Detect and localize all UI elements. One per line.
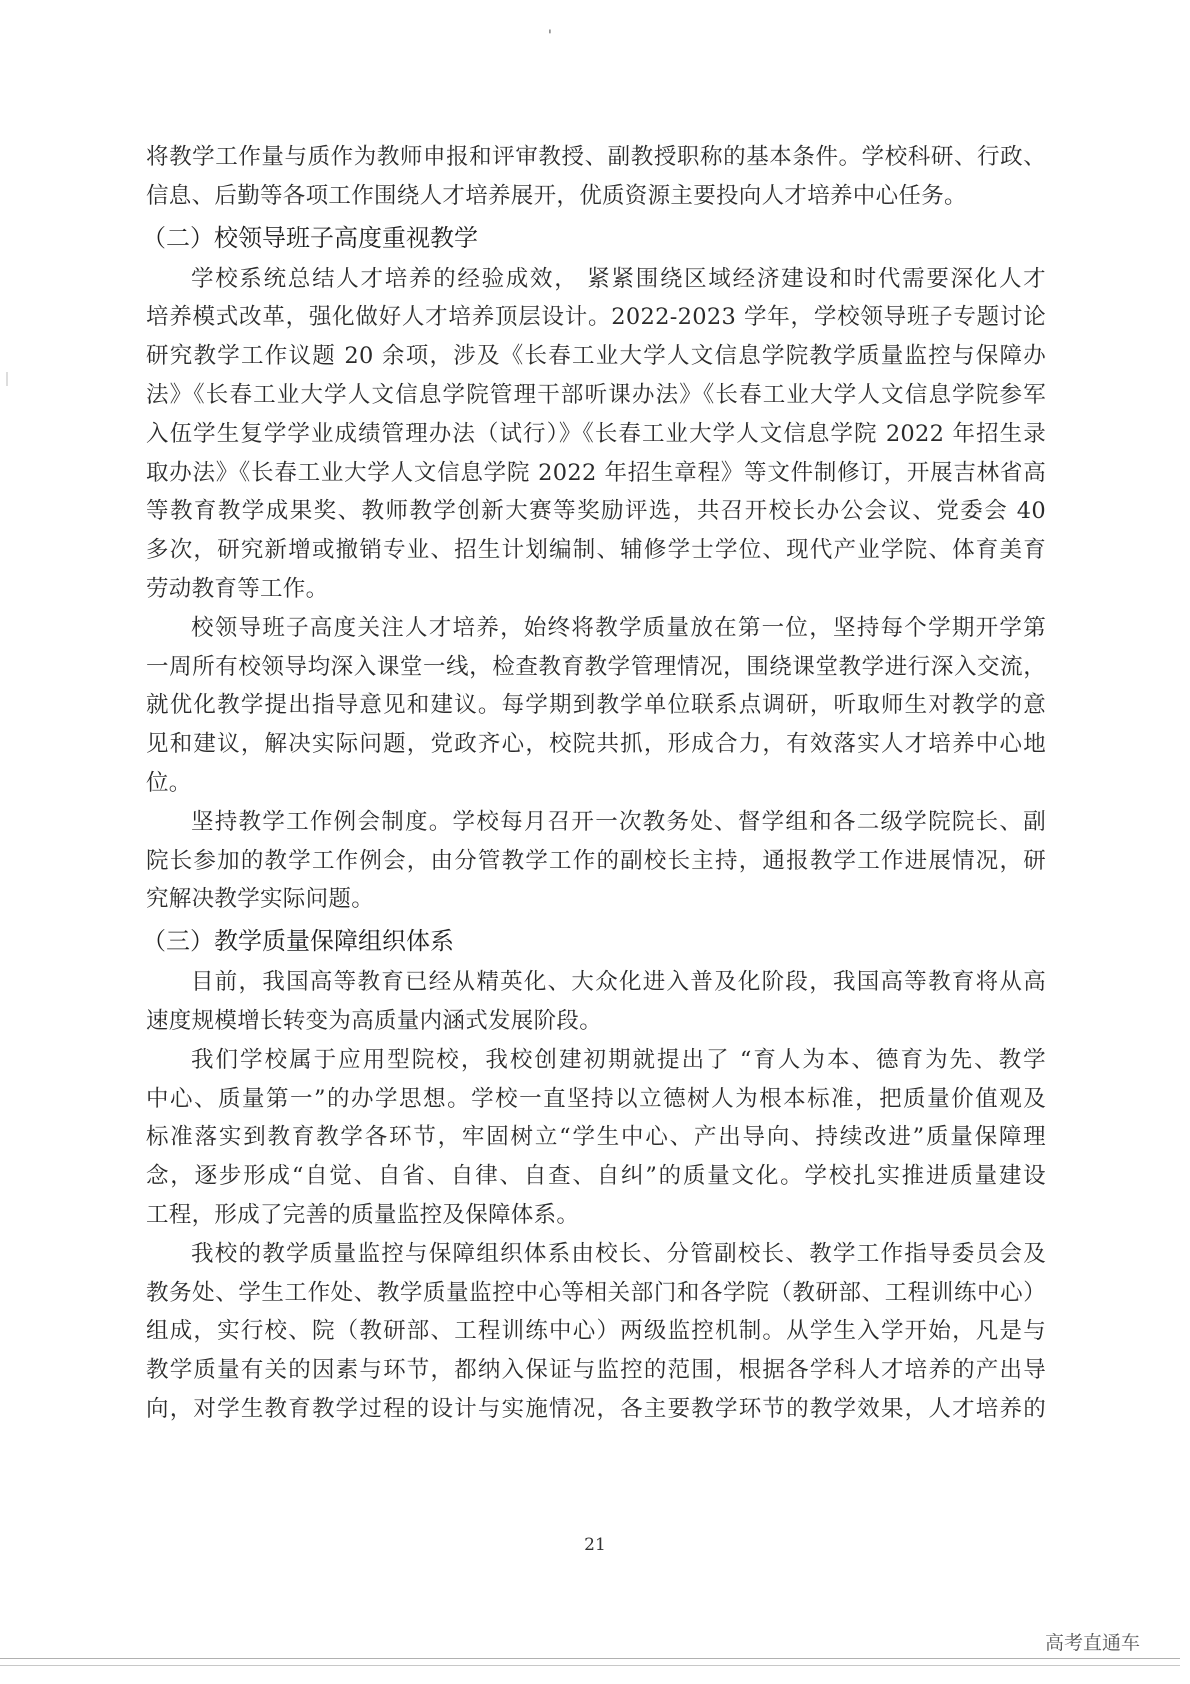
- text-line: 将教学工作量与质作为教师申报和评审教授、副教授职称的基本条件。学校科研、行政、: [146, 138, 1046, 177]
- text-line: 向，对学生教育教学过程的设计与实施情况，各主要教学环节的教学效果，人才培养的: [146, 1390, 1046, 1429]
- footer-rule: [0, 1665, 1180, 1666]
- page-number: 21: [0, 1535, 1190, 1555]
- text-line: 目前，我国高等教育已经从精英化、大众化进入普及化阶段，我国高等教育将从高: [146, 963, 1046, 1002]
- text-line: 我们学校属于应用型院校，我校创建初期就提出了 “育人为本、德育为先、教学: [146, 1041, 1046, 1080]
- text-line: 一周所有校领导均深入课堂一线，检查教育教学管理情况，围绕课堂教学进行深入交流，: [146, 648, 1046, 687]
- footer-watermark: 高考直通车: [1045, 1628, 1140, 1655]
- text-line: 校领导班子高度关注人才培养，始终将教学质量放在第一位，坚持每个学期开学第: [146, 609, 1046, 648]
- text-line: 标准落实到教育教学各环节，牢固树立“学生中心、产出导向、持续改进”质量保障理: [146, 1118, 1046, 1157]
- text-line: 中心、质量第一”的办学思想。学校一直坚持以立德树人为根本标准，把质量价值观及: [146, 1080, 1046, 1119]
- text-line: 等教育教学成果奖、教师教学创新大赛等奖励评选，共召开校长办公会议、党委会 40: [146, 492, 1046, 531]
- text-line: 研究教学工作议题 20 余项，涉及《长春工业大学人文信息学院教学质量监控与保障办: [146, 337, 1046, 376]
- text-line: 就优化教学提出指导意见和建议。每学期到教学单位联系点调研，听取师生对教学的意: [146, 686, 1046, 725]
- document-page: ' 将教学工作量与质作为教师申报和评审教授、副教授职称的基本条件。学校科研、行政…: [0, 0, 1190, 1684]
- paragraph: 将教学工作量与质作为教师申报和评审教授、副教授职称的基本条件。学校科研、行政、信…: [146, 138, 1046, 216]
- section-heading: （二）校领导班子高度重视教学: [142, 216, 1046, 260]
- text-line: 念，逐步形成“自觉、自省、自律、自查、自纠”的质量文化。学校扎实推进质量建设: [146, 1157, 1046, 1196]
- text-line: 学校系统总结人才培养的经验成效， 紧紧围绕区域经济建设和时代需要深化人才: [146, 260, 1046, 299]
- paragraph: 校领导班子高度关注人才培养，始终将教学质量放在第一位，坚持每个学期开学第一周所有…: [146, 609, 1046, 803]
- text-line: 坚持教学工作例会制度。学校每月召开一次教务处、督学组和各二级学院院长、副: [146, 803, 1046, 842]
- text-line: 院长参加的教学工作例会，由分管教学工作的副校长主持，通报教学工作进展情况，研: [146, 842, 1046, 881]
- paragraph: 坚持教学工作例会制度。学校每月召开一次教务处、督学组和各二级学院院长、副院长参加…: [146, 803, 1046, 919]
- text-line: 组成，实行校、院（教研部、工程训练中心）两级监控机制。从学生入学开始，凡是与: [146, 1312, 1046, 1351]
- text-line: 培养模式改革，强化做好人才培养顶层设计。2022-2023 学年，学校领导班子专…: [146, 298, 1046, 337]
- footer-rule: [0, 1658, 1180, 1659]
- text-line: 法》《长春工业大学人文信息学院管理干部听课办法》《长春工业大学人文信息学院参军: [146, 376, 1046, 415]
- text-line: 教务处、学生工作处、教学质量监控中心等相关部门和各学院（教研部、工程训练中心）: [146, 1274, 1046, 1313]
- text-line: 教学质量有关的因素与环节，都纳入保证与监控的范围，根据各学科人才培养的产出导: [146, 1351, 1046, 1390]
- paragraph: 目前，我国高等教育已经从精英化、大众化进入普及化阶段，我国高等教育将从高速度规模…: [146, 963, 1046, 1041]
- text-line: 位。: [146, 764, 1046, 803]
- section-heading: （三）教学质量保障组织体系: [142, 919, 1046, 963]
- text-line: 信息、后勤等各项工作围绕人才培养展开，优质资源主要投向人才培养中心任务。: [146, 177, 1046, 216]
- document-body: 将教学工作量与质作为教师申报和评审教授、副教授职称的基本条件。学校科研、行政、信…: [146, 138, 1046, 1429]
- text-line: 入伍学生复学学业成绩管理办法（试行）》《长春工业大学人文信息学院 2022 年招…: [146, 415, 1046, 454]
- paragraph: 我校的教学质量监控与保障组织体系由校长、分管副校长、教学工作指导委员会及教务处、…: [146, 1235, 1046, 1429]
- text-line: 速度规模增长转变为高质量内涵式发展阶段。: [146, 1002, 1046, 1041]
- text-line: 我校的教学质量监控与保障组织体系由校长、分管副校长、教学工作指导委员会及: [146, 1235, 1046, 1274]
- scan-mark: ': [548, 28, 552, 44]
- text-line: 究解决教学实际问题。: [146, 880, 1046, 919]
- text-line: 多次，研究新增或撤销专业、招生计划编制、辅修学士学位、现代产业学院、体育美育: [146, 531, 1046, 570]
- text-line: 见和建议，解决实际问题，党政齐心，校院共抓，形成合力，有效落实人才培养中心地: [146, 725, 1046, 764]
- paragraph: 学校系统总结人才培养的经验成效， 紧紧围绕区域经济建设和时代需要深化人才培养模式…: [146, 260, 1046, 609]
- text-line: 劳动教育等工作。: [146, 570, 1046, 609]
- paragraph: 我们学校属于应用型院校，我校创建初期就提出了 “育人为本、德育为先、教学中心、质…: [146, 1041, 1046, 1235]
- text-line: 取办法》《长春工业大学人文信息学院 2022 年招生章程》等文件制修订，开展吉林…: [146, 454, 1046, 493]
- scan-artifact: [6, 372, 8, 386]
- text-line: 工程，形成了完善的质量监控及保障体系。: [146, 1196, 1046, 1235]
